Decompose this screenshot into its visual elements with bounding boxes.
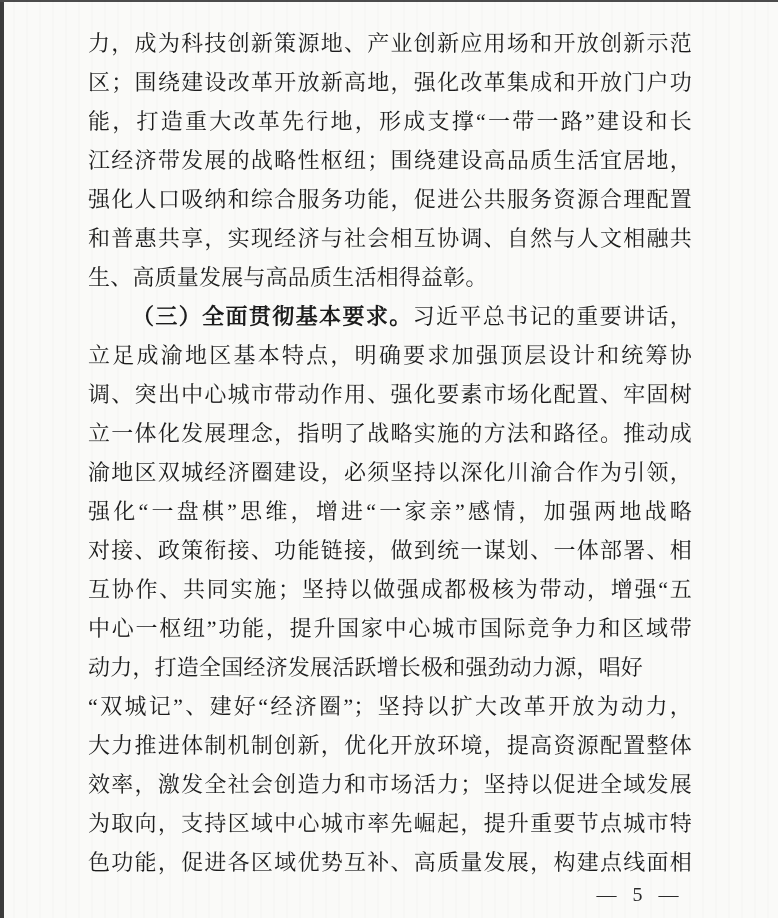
text-line: 强化人口吸纳和综合服务功能，促进公共服务资源合理配置 [88,180,692,219]
text-line: 动力，打造全国经济发展活跃增长极和强劲动力源，唱好 [88,648,692,687]
page-footer: — 5 — [556,882,720,908]
document-text: 力，成为科技创新策源地、产业创新应用场和开放创新示范区；围绕建设改革开放新高地，… [88,24,692,882]
text-line: 江经济带发展的战略性枢纽；围绕建设高品质生活宜居地， [88,141,692,180]
text-line: 为取向，支持区域中心城市率先崛起，提升重要节点城市特 [88,804,692,843]
text-line: 互协作、共同实施；坚持以做强成都极核为带动，增强“五 [88,570,692,609]
text-line: 和普惠共享，实现经济与社会相互协调、自然与人文相融共 [88,219,692,258]
text-line: 中心一枢纽”功能，提升国家中心城市国际竞争力和区域带 [88,609,692,648]
text-line: 区；围绕建设改革开放新高地，强化改革集成和开放门户功 [88,63,692,102]
paragraph-heading: （三）全面贯彻基本要求。 [132,304,413,329]
document-page: 力，成为科技创新策源地、产业创新应用场和开放创新示范区；围绕建设改革开放新高地，… [0,0,778,918]
text-line: 立足成渝地区基本特点，明确要求加强顶层设计和统筹协 [88,336,692,375]
text-line: 效率，激发全社会创造力和市场活力；坚持以促进全域发展 [88,765,692,804]
text-line: 能，打造重大改革先行地，形成支撑“一带一路”建设和长 [88,102,692,141]
text-line: 生、高质量发展与高品质生活相得益彰。 [88,258,692,297]
page-number: — 5 — [597,884,680,906]
text-line: 大力推进体制机制创新，优化开放环境，提高资源配置整体 [88,726,692,765]
text-line: 渝地区双城经济圈建设，必须坚持以深化川渝合作为引领， [88,453,692,492]
text-line: 立一体化发展理念，指明了战略实施的方法和路径。推动成 [88,414,692,453]
text-line: 调、突出中心城市带动作用、强化要素市场化配置、牢固树 [88,375,692,414]
scan-edge-top [0,0,778,2]
text-line: 对接、政策衔接、功能链接，做到统一谋划、一体部署、相 [88,531,692,570]
text-line: 力，成为科技创新策源地、产业创新应用场和开放创新示范 [88,24,692,63]
scan-edge-left [0,0,4,918]
text-line: （三）全面贯彻基本要求。习近平总书记的重要讲话， [88,297,692,336]
text-line: 色功能，促进各区域优势互补、高质量发展，构建点线面相 [88,843,692,882]
text-line: “双城记”、建好“经济圈”；坚持以扩大改革开放为动力， [88,687,692,726]
text-line: 强化“一盘棋”思维，增进“一家亲”感情，加强两地战略 [88,492,692,531]
